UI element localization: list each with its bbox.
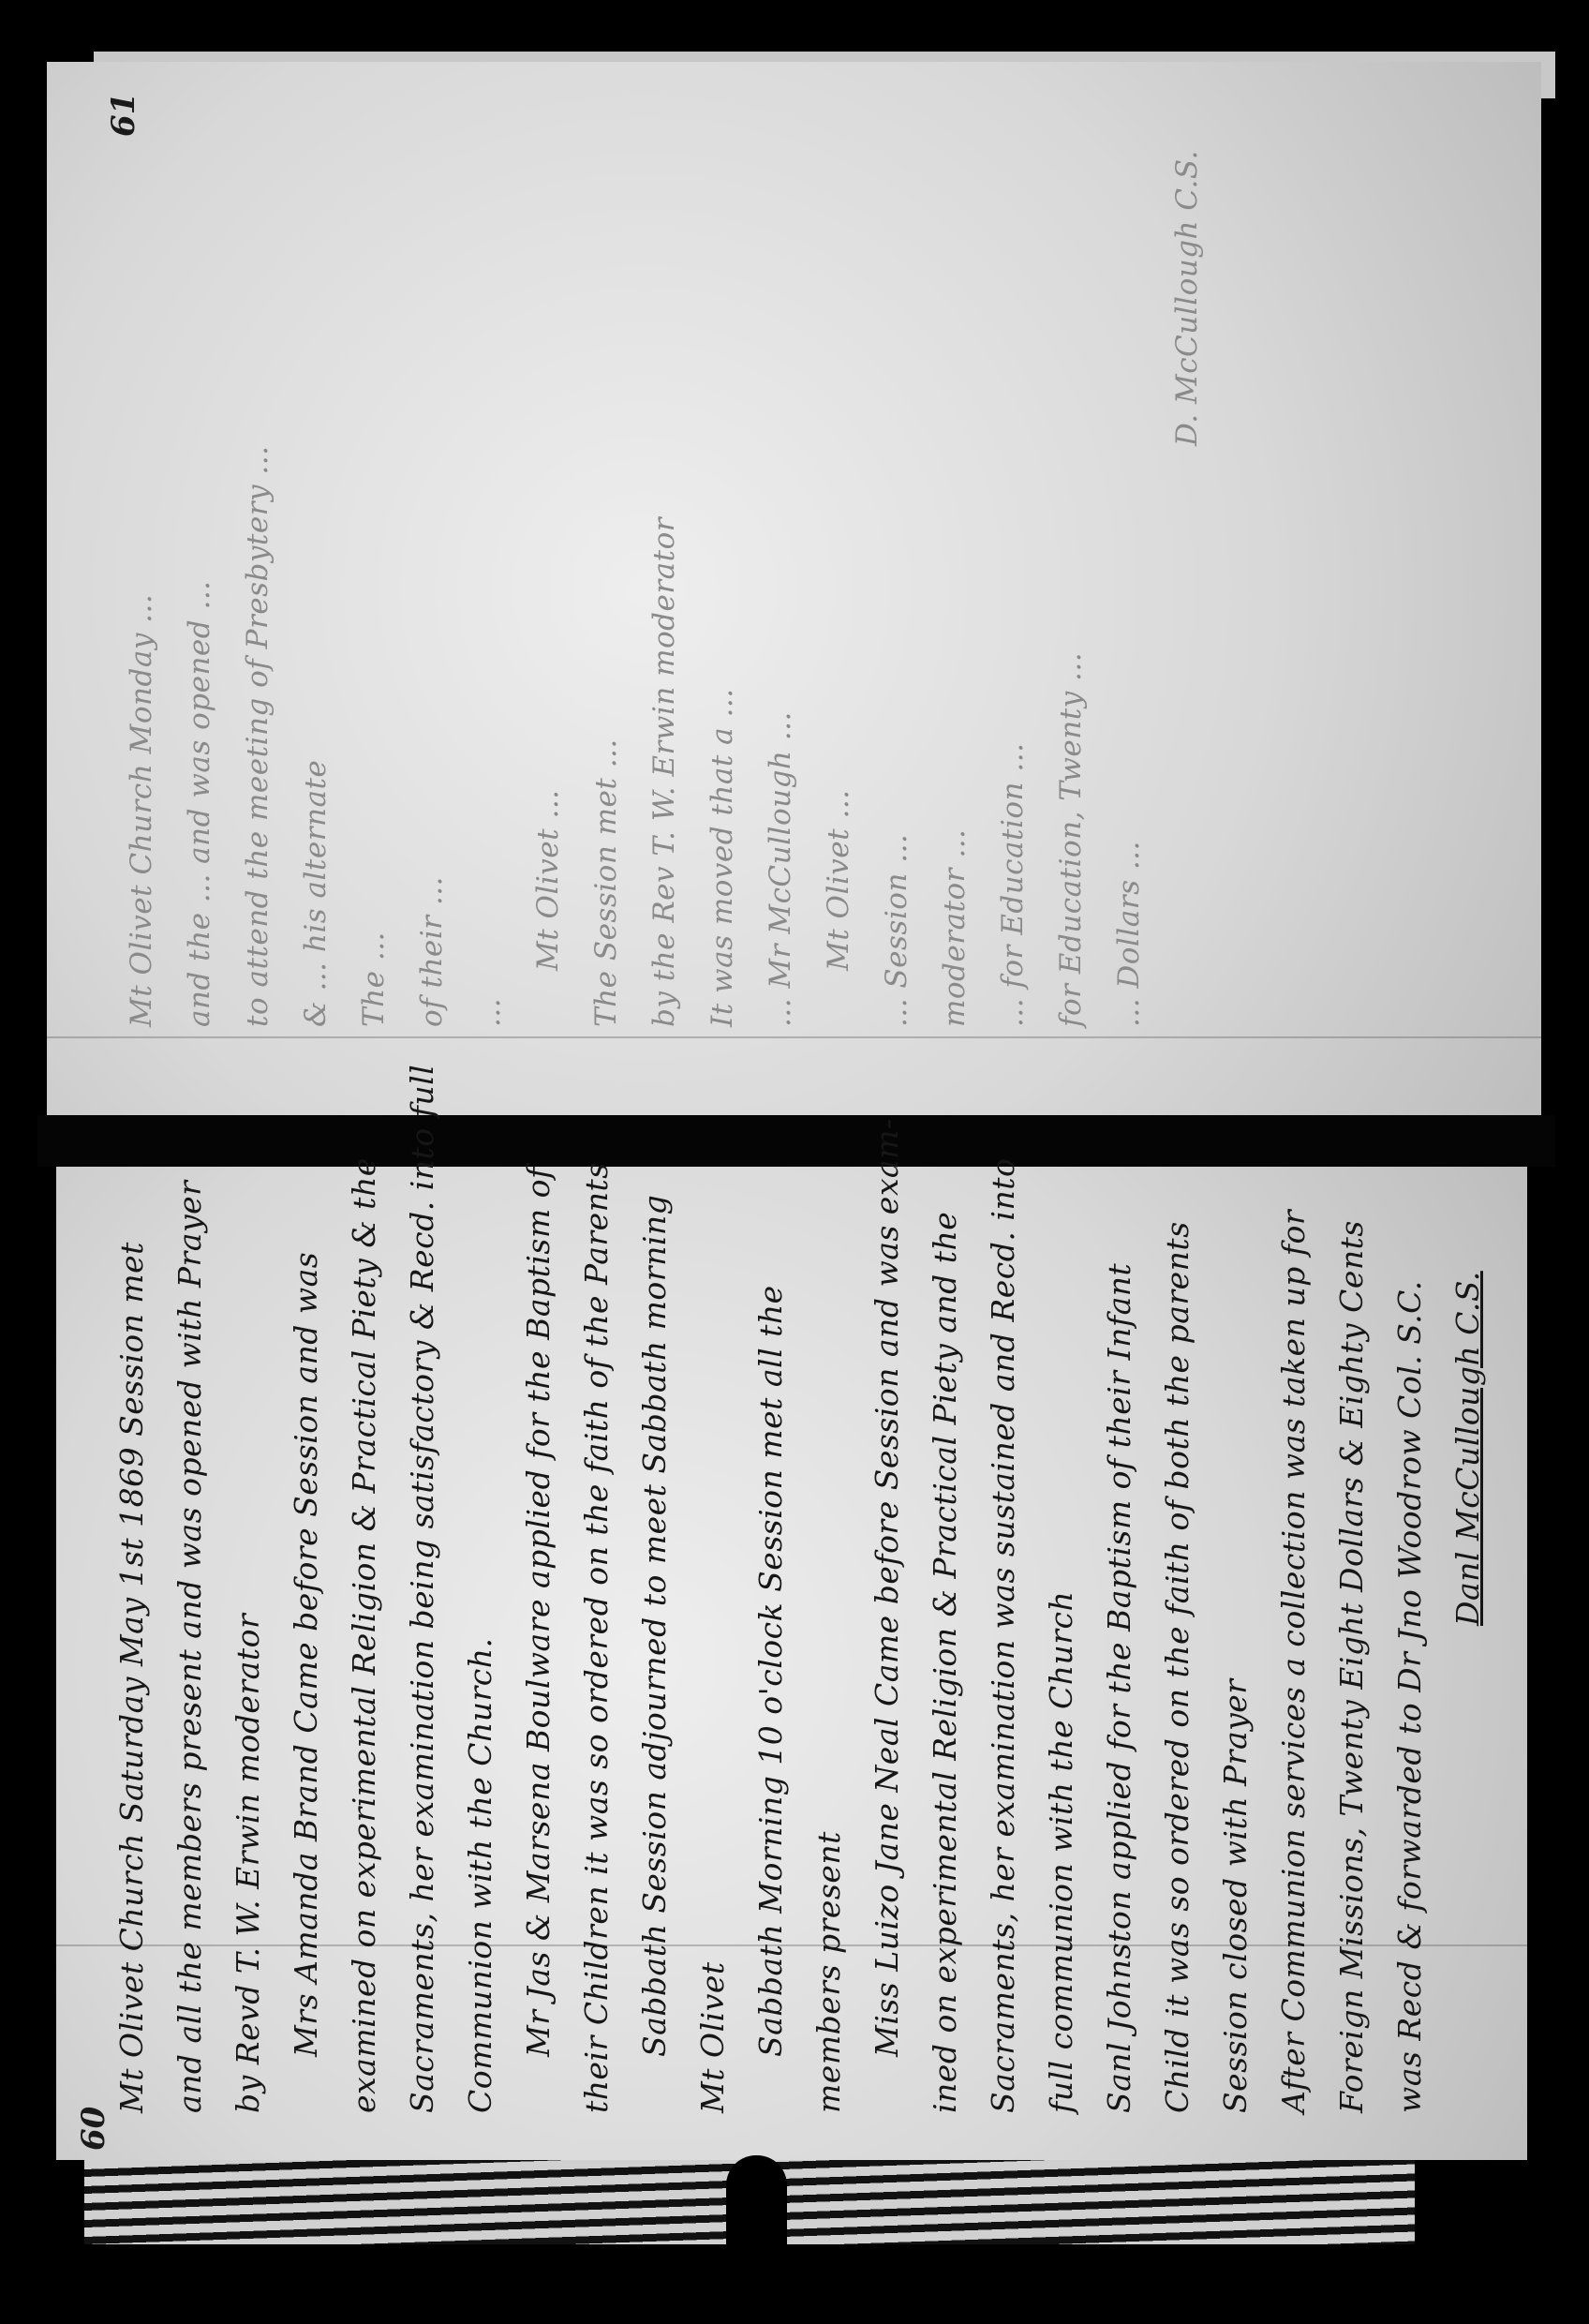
text-line: Sabbath Session adjourned to meet Sabbat… [626,1065,684,2113]
text-line: ... for Education ... [984,150,1042,1027]
text-line: It was moved that a ... [693,150,751,1027]
signature: D. McCullough C.S. [1158,150,1216,1027]
text-line: Mr Jas & Marsena Boulware applied for th… [510,1065,568,2113]
text-line: was Recd & forwarded to Dr Jno Woodrow C… [1381,1065,1439,2113]
text-line: Mt Olivet [684,1065,742,2113]
page-number-61: 61 [105,93,142,137]
text-line: The ... [345,150,403,1027]
text-line: ... Session ... [868,150,926,1027]
text-line: Mt Olivet Church Monday ... [112,150,171,1027]
text-line: Foreign Missions, Twenty Eight Dollars &… [1323,1065,1381,2113]
margin-rule [47,1036,1541,1038]
text-line: of their ... [403,150,461,1027]
text-line: Sacraments, her examination was sustaine… [974,1065,1032,2113]
text-line: & ... his alternate [287,150,345,1027]
text-line: After Communion services a collection wa… [1265,1065,1323,2113]
signature: Danl McCullough C.S. [1439,1065,1497,2113]
text-line: by Revd T. W. Erwin moderator [219,1065,277,2113]
text-line: ... Dollars ... [1100,150,1158,1027]
text-line: Mt Olivet ... [519,150,577,1027]
text-line: The Session met ... [577,150,635,1027]
text-line: Miss Luizo Jane Neal Came before Session… [858,1065,916,2113]
page-60: 60 Mt Olivet Church Saturday May 1st 186… [56,1167,1527,2160]
text-line: Session closed with Prayer [1207,1065,1265,2113]
text-line: and all the members present and was open… [161,1065,219,2113]
page-61-text: Mt Olivet Church Monday ... and the ... … [112,150,1216,1027]
text-line: Mt Olivet ... [809,150,868,1027]
text-line: examined on experimental Religion & Prac… [335,1065,394,2113]
text-line: moderator ... [926,150,984,1027]
text-line: Child it was so ordered on the faith of … [1149,1065,1207,2113]
text-line: members present [800,1065,858,2113]
text-line: Mrs Amanda Brand Came before Session and… [277,1065,335,2113]
text-line: by the Rev T. W. Erwin moderator [635,150,693,1027]
page-60-text: Mt Olivet Church Saturday May 1st 1869 S… [103,1065,1497,2113]
text-line: ined on experimental Religion & Practica… [916,1065,974,2113]
text-line: Sabbath Morning 10 o'clock Session met a… [742,1065,800,2113]
text-line: full communion with the Church [1032,1065,1091,2113]
text-line: Sanl Johnston applied for the Baptism of… [1091,1065,1149,2113]
text-line: to attend the meeting of Presbytery ... [229,150,287,1027]
page-61: 61 Mt Olivet Church Monday ... and the .… [47,62,1541,1116]
text-line: their Children it was so ordered on the … [568,1065,626,2113]
thumb-shadow [726,2155,787,2268]
text-line: Sacraments, her examination being satisf… [394,1065,452,2113]
text-line: and the ... and was opened ... [171,150,229,1027]
text-line: Communion with the Church. [452,1065,510,2113]
text-line: ... Mr McCullough ... [751,150,809,1027]
text-line: Mt Olivet Church Saturday May 1st 1869 S… [103,1065,161,2113]
text-line: ... [461,150,519,1027]
text-line: for Education, Twenty ... [1042,150,1100,1027]
